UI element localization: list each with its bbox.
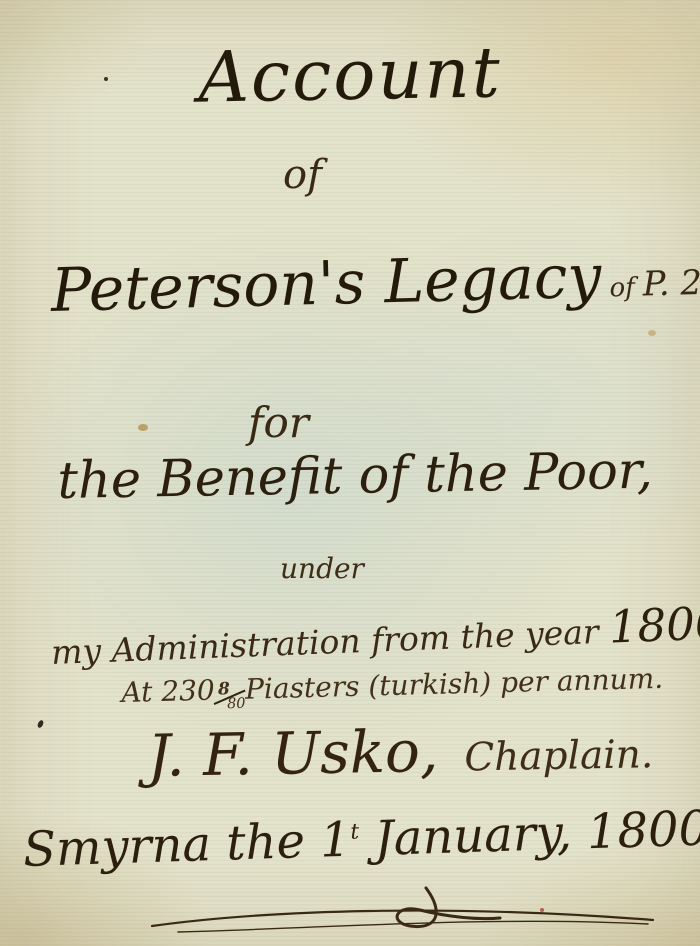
word-for: for <box>248 398 309 447</box>
fox-spot <box>648 330 656 336</box>
signature-title: Chaplain. <box>464 732 654 780</box>
rate-prefix: At 230 <box>121 674 215 709</box>
signature-name: J. F. Usko, <box>147 717 439 790</box>
legacy-line: Peterson's LegacyofP. 230.....880. <box>50 235 700 329</box>
rate-fraction: 880 <box>221 681 240 711</box>
rate-suffix: Piasters (turkish) per annum. <box>245 662 664 706</box>
signature-line: J. F. Usko,Chaplain. <box>147 713 654 790</box>
fraction-numerator: 8 <box>215 681 234 698</box>
word-of: of <box>283 152 322 198</box>
dateline-suffix: January, 1800. <box>358 800 700 867</box>
legacy-main: Peterson's Legacy <box>50 242 602 326</box>
legacy-amount: P. 230 <box>642 262 700 305</box>
dateline-prefix: Smyrna the 1 <box>22 812 351 878</box>
manuscript-page: Account of Peterson's LegacyofP. 230....… <box>0 0 700 946</box>
legacy-of-label: of <box>609 273 635 304</box>
fox-spot <box>37 719 45 728</box>
administration-year: 1800. <box>608 596 700 654</box>
administration-text: my Administration from the year <box>50 612 599 672</box>
fox-spot <box>138 424 148 431</box>
word-under: under <box>280 552 364 585</box>
flourish-underline <box>148 886 668 942</box>
fraction-denominator: 80 <box>227 697 246 711</box>
dateline: Smyrna the 1t January, 1800. <box>22 800 700 878</box>
rate-line: At 230880Piasters (turkish) per annum. <box>121 662 664 714</box>
title-account: Account <box>0 28 700 122</box>
benefit-line: the Benefit of the Poor, <box>57 442 653 511</box>
